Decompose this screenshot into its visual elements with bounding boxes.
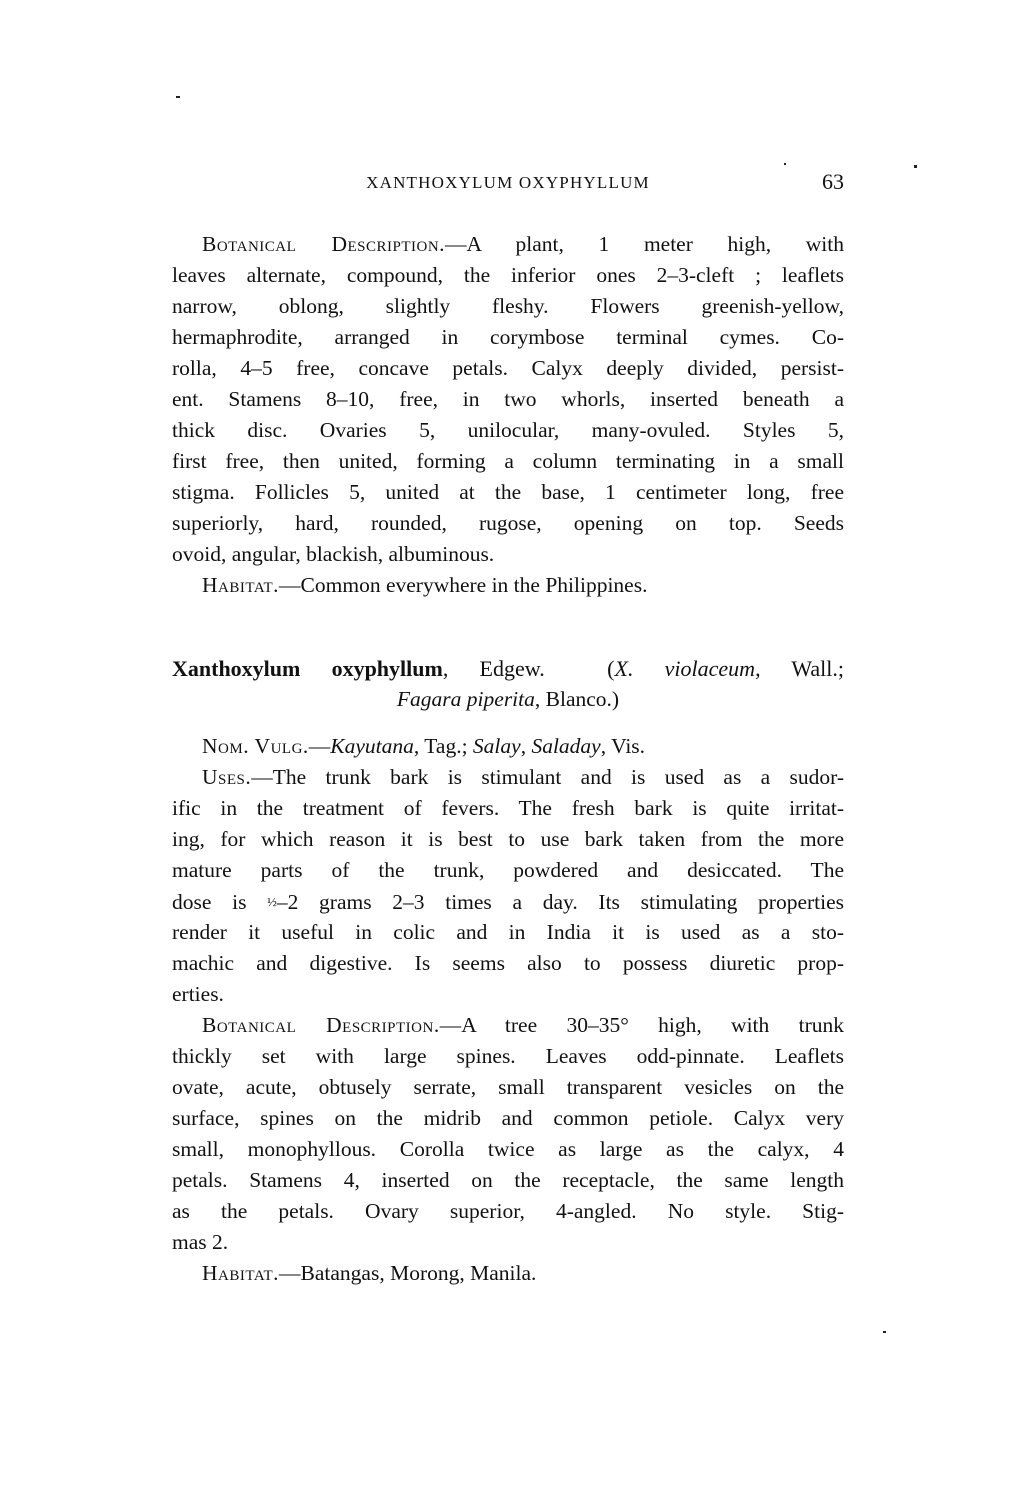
text-line: hermaphrodite, arranged in corymbose ter… [172,322,844,353]
botanical-description-1: Botanical Description.—A plant, 1 meter … [172,229,844,570]
text-line: Uses.—The trunk bark is stimulant and is… [172,762,844,793]
text-line: erties. [172,979,844,1010]
text-line: leaves alternate, compound, the inferior… [172,260,844,291]
habitat-2: Habitat.—Batangas, Morong, Manila. [172,1258,844,1289]
synonym-1: X. violaceum [615,656,756,681]
text-line: Botanical Description.—A tree 30–35° hig… [172,1010,844,1041]
text-line: ent. Stamens 8–10, free, in two whorls, … [172,384,844,415]
scan-speck [176,96,180,98]
book-page: XANTHOXYLUM OXYPHYLLUM 63 Botanical Desc… [0,0,1010,1506]
species-name: Xanthoxylum oxyphyllum [172,656,443,681]
text-line: ific in the treatment of fevers. The fre… [172,793,844,824]
text-line: stigma. Follicles 5, united at the base,… [172,477,844,508]
text-line: rolla, 4–5 free, concave petals. Calyx d… [172,353,844,384]
vernacular-names: Nom. Vulg.—Kayutana, Tag.; Salay, Salada… [172,731,844,762]
text-line: first free, then united, forming a colum… [172,446,844,477]
text-line: thickly set with large spines. Leaves od… [172,1041,844,1072]
text-line: ovate, acute, obtusely serrate, small tr… [172,1072,844,1103]
text-line: as the petals. Ovary superior, 4-angled.… [172,1196,844,1227]
scan-speck [784,163,786,165]
scan-speck [883,1331,886,1333]
text-line: mature parts of the trunk, powdered and … [172,855,844,886]
text-line: thick disc. Ovaries 5, unilocular, many-… [172,415,844,446]
species-authority: , Edgew. [443,656,545,681]
synonym-2: Fagara piperita [397,687,535,711]
text-line: render it useful in colic and in India i… [172,917,844,948]
text-line: ing, for which reason it is best to use … [172,824,844,855]
text-line: dose is ½–2 grams 2–3 times a day. Its s… [172,886,844,917]
text-line: small, monophyllous. Corolla twice as la… [172,1134,844,1165]
scan-speck [914,165,917,168]
text-line: machic and digestive. Is seems also to p… [172,948,844,979]
text-line: Botanical Description.—A plant, 1 meter … [172,229,844,260]
section-label: Habitat. [202,573,279,597]
species-heading: Xanthoxylum oxyphyllum, Edgew. (X. viola… [172,653,844,715]
section-label: Botanical Description. [202,232,445,256]
section-label: Uses. [202,765,251,789]
section-label: Botanical Description. [202,1013,440,1037]
page-number: 63 [822,169,844,195]
uses-paragraph: Uses.—The trunk bark is stimulant and is… [172,762,844,1010]
text-line: superiorly, hard, rounded, rugose, openi… [172,508,844,539]
running-head: XANTHOXYLUM OXYPHYLLUM 63 [172,173,844,203]
section-label: Nom. Vulg. [202,734,309,758]
fraction: ½ [267,894,277,909]
text-line: surface, spines on the midrib and common… [172,1103,844,1134]
text-line: narrow, oblong, slightly fleshy. Flowers… [172,291,844,322]
section-label: Habitat. [202,1261,279,1285]
text-line: mas 2. [172,1227,844,1258]
page-body: Botanical Description.—A plant, 1 meter … [172,229,844,1289]
text-line: ovoid, angular, blackish, albuminous. [172,539,844,570]
running-head-title: XANTHOXYLUM OXYPHYLLUM [172,173,844,193]
habitat-1: Habitat.—Common everywhere in the Philip… [172,570,844,601]
botanical-description-2: Botanical Description.—A tree 30–35° hig… [172,1010,844,1258]
text-line: petals. Stamens 4, inserted on the recep… [172,1165,844,1196]
